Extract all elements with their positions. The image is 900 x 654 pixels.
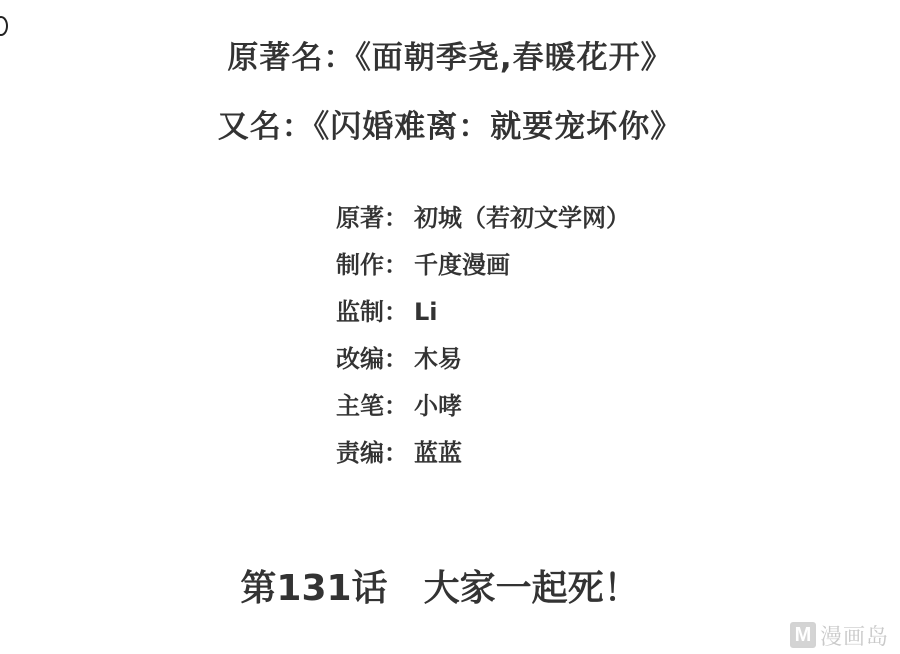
chapter-number: 第131话 [240, 568, 387, 609]
credit-production: 制作：千度漫画 [336, 247, 630, 294]
credit-supervisor: 监制：Li [336, 294, 630, 341]
credit-lead-artist: 主笔：小哮 [336, 388, 630, 435]
credit-colon: ： [384, 341, 414, 377]
watermark-logo-icon: M [790, 622, 816, 648]
alternate-title: 又名：《闪婚难离：就要宠坏你》 [0, 101, 900, 146]
credit-colon: ： [384, 435, 414, 471]
chapter-title: 大家一起死！ [424, 568, 640, 609]
credit-name: 初城（若初文学网） [414, 200, 630, 236]
chapter-heading: 第131话大家一起死！ [0, 560, 880, 611]
credit-name: 小哮 [414, 388, 462, 424]
credit-colon: ： [384, 388, 414, 424]
credit-colon: ： [384, 294, 414, 330]
credit-role: 责编 [336, 435, 384, 471]
credit-name: 千度漫画 [414, 247, 510, 283]
credit-role: 制作 [336, 247, 384, 283]
credit-colon: ： [384, 247, 414, 283]
credit-colon: ： [384, 200, 414, 236]
credit-adaptation: 改编：木易 [336, 341, 630, 388]
credit-name: Li [414, 294, 438, 330]
credit-name: 木易 [414, 341, 462, 377]
credits-list: 原著：初城（若初文学网） 制作：千度漫画 监制：Li 改编：木易 主笔：小哮 责… [336, 200, 630, 482]
credit-name: 蓝蓝 [414, 435, 462, 471]
site-watermark: M 漫画岛 [790, 620, 889, 650]
credit-role: 改编 [336, 341, 384, 377]
credit-editor: 责编：蓝蓝 [336, 435, 630, 482]
credit-original-author: 原著：初城（若初文学网） [336, 200, 630, 247]
credit-role: 监制 [336, 294, 384, 330]
credit-role: 原著 [336, 200, 384, 236]
credit-role: 主笔 [336, 388, 384, 424]
original-title: 原著名：《面朝季尧,春暖花开》 [0, 32, 900, 77]
watermark-text: 漫画岛 [820, 620, 889, 651]
